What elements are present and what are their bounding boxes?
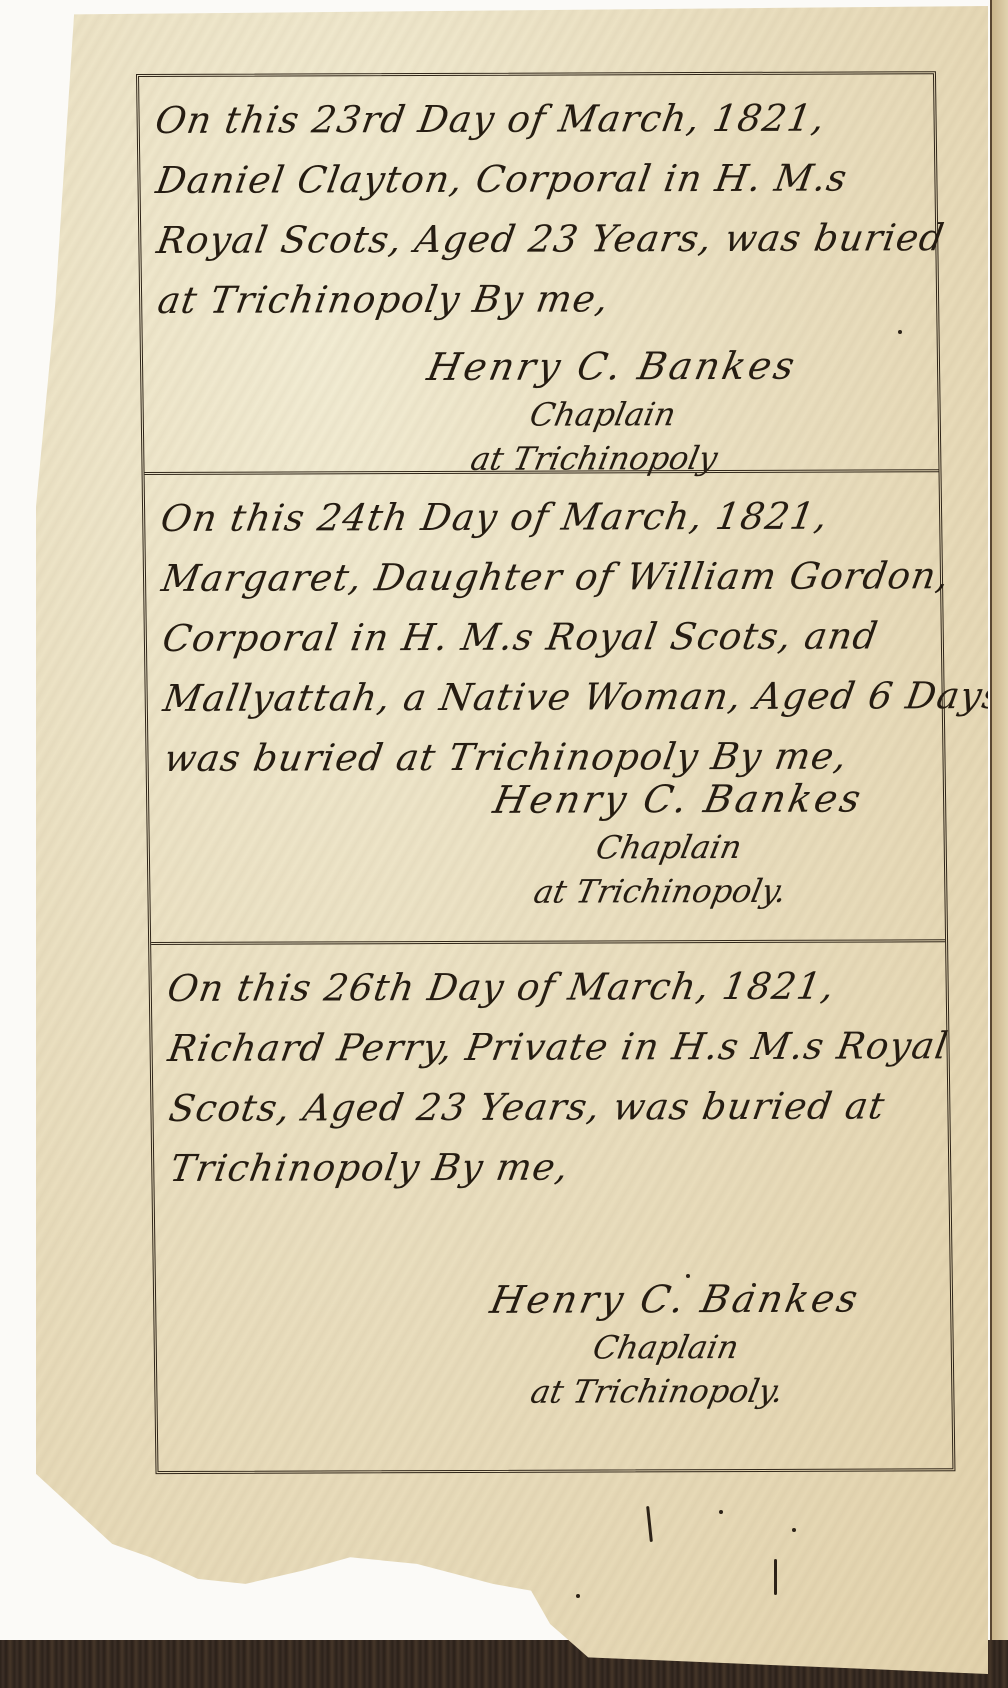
chaplain-signature: Henry C. Bankes Chaplain at Trichinopoly… — [426, 772, 914, 914]
entry-line: Corporal in H. M.s Royal Scots, and — [158, 606, 930, 669]
signature-place: at Trichinopoly. — [426, 868, 895, 914]
register-page: On this 23rd Day of March, 1821, Daniel … — [36, 6, 988, 1674]
signature-title: Chaplain — [432, 1324, 901, 1370]
entry-line: Richard Perry, Private in H.s M.s Royal — [164, 1016, 936, 1079]
signature-title: Chaplain — [369, 392, 838, 438]
signature-name: Henry C. Bankes — [440, 1272, 910, 1326]
entry-line: On this 26th Day of March, 1821, — [163, 956, 935, 1019]
entry-line: Daniel Clayton, Corporal in H. M.s — [152, 148, 924, 211]
entry-line: Margaret, Daughter of William Gordon, — [157, 546, 929, 609]
burial-entry: On this 23rd Day of March, 1821, Daniel … — [139, 74, 938, 472]
signature-title: Chaplain — [435, 824, 904, 870]
entry-line: On this 23rd Day of March, 1821, — [151, 88, 923, 151]
signature-place: at Trichinopoly. — [423, 1368, 892, 1414]
ink-mark — [576, 1594, 580, 1598]
burial-entry: On this 24th Day of March, 1821, Margare… — [145, 469, 945, 942]
ink-mark — [719, 1510, 723, 1514]
entry-line: Mallyattah, a Native Woman, Aged 6 Days, — [159, 666, 931, 729]
ink-mark — [686, 1274, 690, 1278]
entry-line: Royal Scots, Aged 23 Years, was buried — [152, 208, 924, 271]
signature-name: Henry C. Bankes — [443, 772, 913, 826]
ink-mark — [898, 330, 902, 334]
chaplain-signature: Henry C. Bankes Chaplain at Trichinopoly — [360, 340, 848, 482]
ink-mark — [792, 1528, 796, 1532]
adjacent-page-edge — [990, 0, 1008, 1640]
entry-line: Scots, Aged 23 Years, was buried at — [165, 1076, 937, 1139]
chaplain-signature: Henry C. Bankes Chaplain at Trichinopoly… — [423, 1272, 911, 1414]
register-frame: On this 23rd Day of March, 1821, Daniel … — [136, 71, 955, 1474]
entry-line: Trichinopoly By me, — [165, 1136, 937, 1199]
signature-name: Henry C. Bankes — [377, 340, 847, 394]
ink-mark — [774, 1559, 777, 1595]
entry-line: On this 24th Day of March, 1821, — [156, 486, 928, 549]
ink-mark — [646, 1506, 653, 1542]
burial-entry: On this 26th Day of March, 1821, Richard… — [151, 939, 952, 1472]
photo-stage: On this 23rd Day of March, 1821, Daniel … — [0, 0, 1008, 1688]
ink-mark — [752, 1283, 756, 1287]
entry-line: at Trichinopoly By me, — [153, 268, 925, 331]
